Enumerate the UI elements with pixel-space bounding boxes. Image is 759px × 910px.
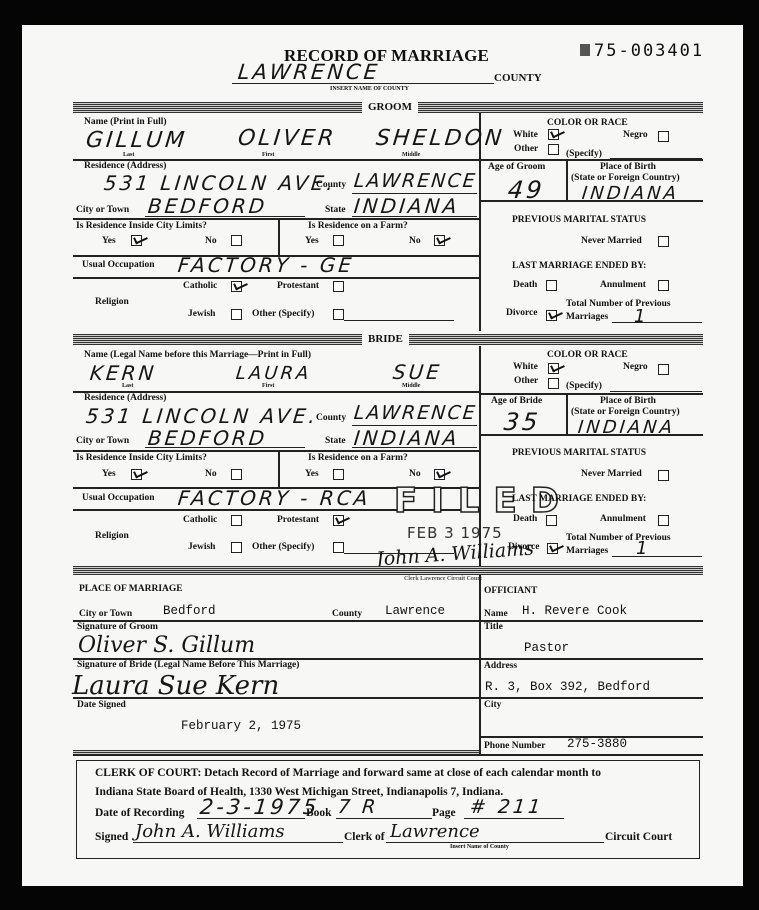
officiant-title-value: Pastor: [524, 641, 569, 655]
county-hint: INSERT NAME OF COUNTY: [330, 86, 409, 92]
groom-age-label: Age of Groom: [488, 162, 545, 172]
divorce-label: Divorce: [508, 542, 539, 552]
bride-race-title: COLOR OR RACE: [547, 350, 628, 360]
last-label: Last: [123, 152, 134, 158]
bride-county-label: County: [316, 413, 346, 423]
first-label: First: [262, 152, 274, 158]
groom-city-limits-yes-checkbox[interactable]: [131, 235, 142, 246]
death-label: Death: [513, 280, 537, 290]
bride-city-limits-no-checkbox[interactable]: [231, 469, 242, 480]
bride-county: LAWRENCE: [353, 402, 478, 424]
negro-label: Negro: [623, 130, 648, 140]
marriages-label: Marriages: [566, 546, 608, 556]
bride-age-label: Age of Bride: [491, 396, 542, 406]
bride-catholic-checkbox[interactable]: [231, 515, 242, 526]
death-label: Death: [513, 514, 537, 524]
bride-birth-label: Place of Birth: [600, 396, 656, 406]
groom-protestant-checkbox[interactable]: [333, 281, 344, 292]
place-county: Lawrence: [385, 604, 445, 618]
bride-name-label: Name (Legal Name before this Marriage—Pr…: [84, 350, 311, 360]
groom-first-name: OLIVER: [237, 126, 338, 151]
bride-previous-marriages: 1: [636, 538, 649, 559]
officiant-address: R. 3, Box 392, Bedford: [485, 680, 650, 694]
protestant-label: Protestant: [277, 281, 319, 291]
county-name: LAWRENCE: [237, 60, 381, 84]
officiant-name: H. Revere Cook: [522, 604, 627, 618]
officiant-phone: 275-3880: [567, 737, 627, 751]
protestant-label: Protestant: [277, 515, 319, 525]
filed-caption: Clerk Lawrence Circuit Court: [404, 576, 482, 582]
page-label: Page: [432, 807, 456, 819]
place-title: PLACE OF MARRIAGE: [79, 584, 183, 594]
groom-city-limits-label: Is Residence Inside City Limits?: [76, 221, 207, 231]
groom-occupation-label: Usual Occupation: [82, 260, 155, 270]
catholic-label: Catholic: [183, 281, 217, 291]
groom-residence-label: Residence (Address): [84, 161, 166, 171]
bride-residence-label: Residence (Address): [84, 393, 166, 403]
last-label: Last: [122, 383, 133, 389]
groom-farm-label: Is Residence on a Farm?: [308, 221, 408, 231]
officiant-phone-label: Phone Number: [484, 741, 546, 751]
place-county-label: County: [332, 609, 362, 619]
groom-occupation: FACTORY - GE: [177, 253, 356, 277]
groom-signature: Oliver S. Gillum: [78, 633, 255, 658]
bride-annulment-checkbox[interactable]: [658, 515, 669, 526]
specify-label: (Specify): [566, 149, 602, 159]
white-label: White: [513, 362, 538, 372]
groom-city-label: City or Town: [76, 205, 129, 215]
groom-name-label: Name (Print in Full): [84, 117, 167, 127]
groom-signature-label: Signature of Groom: [77, 622, 158, 632]
groom-marital-title: PREVIOUS MARITAL STATUS: [512, 215, 646, 225]
never-married-label: Never Married: [581, 469, 642, 479]
recording-date: 2-3-1975: [199, 795, 321, 819]
no-label: No: [205, 236, 217, 246]
filed-date: FEB 3 1975: [407, 524, 503, 542]
clerk-of-label: Clerk of: [344, 831, 385, 843]
middle-label: Middle: [402, 383, 420, 389]
record-number: 75-003401: [594, 41, 704, 61]
bride-city-limits-label: Is Residence Inside City Limits?: [76, 453, 207, 463]
book-number: 7 R: [337, 796, 380, 818]
groom-negro-checkbox[interactable]: [658, 131, 669, 142]
bride-other-religion-checkbox[interactable]: [333, 542, 344, 553]
other-religion-label: Other (Specify): [252, 542, 314, 552]
no-label: No: [205, 469, 217, 479]
first-label: First: [262, 383, 274, 389]
bride-city-label: City or Town: [76, 436, 129, 446]
county-suffix: COUNTY: [494, 72, 542, 84]
bride-section-label: BRIDE: [362, 333, 409, 345]
page-number: # 211: [469, 796, 545, 818]
officiant-city-label: City: [484, 700, 501, 710]
groom-birth-sub: (State or Foreign Country): [571, 173, 680, 183]
specify-label: (Specify): [566, 381, 602, 391]
date-signed: February 2, 1975: [181, 719, 301, 733]
officiant-name-label: Name: [484, 609, 508, 619]
officiant-title-label: Title: [484, 622, 503, 632]
bride-ended-title: LAST MARRIAGE ENDED BY:: [512, 494, 646, 504]
groom-farm-yes-checkbox[interactable]: [333, 235, 344, 246]
groom-section-label: GROOM: [362, 101, 418, 113]
bride-city-limits-yes-checkbox[interactable]: [131, 469, 142, 480]
groom-county-label: County: [316, 180, 346, 190]
officiant-address-label: Address: [484, 661, 517, 671]
jewish-label: Jewish: [188, 542, 215, 552]
jewish-label: Jewish: [188, 309, 215, 319]
groom-jewish-checkbox[interactable]: [231, 309, 242, 320]
bride-birth-sub: (State or Foreign Country): [571, 407, 680, 417]
total-previous-label: Total Number of Previous: [566, 533, 671, 543]
white-label: White: [513, 130, 538, 140]
other-race-label: Other: [514, 376, 538, 386]
groom-other-religion-checkbox[interactable]: [333, 309, 344, 320]
annulment-label: Annulment: [600, 280, 646, 290]
groom-middle-name: SHELDON: [375, 126, 506, 151]
groom-previous-marriages: 1: [634, 306, 647, 327]
place-city-label: City or Town: [79, 609, 132, 619]
groom-farm-no-checkbox[interactable]: [434, 235, 445, 246]
groom-city: BEDFORD: [147, 194, 269, 218]
circuit-court-label: Circuit Court: [605, 831, 672, 843]
bride-marital-title: PREVIOUS MARITAL STATUS: [512, 448, 646, 458]
annulment-label: Annulment: [600, 514, 646, 524]
book-label: Book: [306, 807, 332, 819]
groom-death-checkbox[interactable]: [546, 280, 557, 291]
groom-last-name: GILLUM: [85, 128, 189, 153]
record-stamp-icon: [580, 44, 590, 56]
bride-protestant-checkbox[interactable]: [333, 515, 344, 526]
no-label: No: [409, 236, 421, 246]
catholic-label: Catholic: [183, 515, 217, 525]
bride-white-checkbox[interactable]: [548, 363, 559, 374]
no-label: No: [409, 469, 421, 479]
groom-ended-title: LAST MARRIAGE ENDED BY:: [512, 261, 646, 271]
groom-religion-label: Religion: [95, 297, 129, 307]
groom-city-limits-no-checkbox[interactable]: [231, 235, 242, 246]
total-previous-label: Total Number of Previous: [566, 299, 671, 309]
groom-birth-label: Place of Birth: [600, 162, 656, 172]
groom-never-married-checkbox[interactable]: [658, 236, 669, 247]
bride-religion-label: Religion: [95, 531, 129, 541]
officiant-title: OFFICIANT: [484, 586, 537, 596]
groom-county: LAWRENCE: [353, 170, 478, 192]
bride-occupation-label: Usual Occupation: [82, 493, 155, 503]
clerk-instruction-line1: CLERK OF COURT: Detach Record of Marriag…: [95, 767, 601, 779]
bride-farm-yes-checkbox[interactable]: [333, 469, 344, 480]
place-city: Bedford: [163, 604, 216, 618]
negro-label: Negro: [623, 362, 648, 372]
groom-annulment-checkbox[interactable]: [658, 280, 669, 291]
bride-other-race-checkbox[interactable]: [548, 378, 559, 389]
clerk-signature: John A. Williams: [135, 821, 285, 842]
clerk-county: Lawrence: [390, 821, 480, 842]
other-religion-label: Other (Specify): [252, 309, 314, 319]
groom-state-label: State: [325, 205, 346, 215]
groom-address: 531 LINCOLN AVE.: [103, 171, 338, 195]
yes-label: Yes: [305, 469, 319, 479]
bride-never-married-checkbox[interactable]: [658, 470, 669, 481]
groom-state: INDIANA: [353, 194, 461, 218]
bride-age: 35: [503, 408, 542, 436]
signed-label: Signed: [95, 831, 128, 843]
divorce-label: Divorce: [506, 308, 537, 318]
marriages-label: Marriages: [566, 312, 608, 322]
yes-label: Yes: [102, 469, 116, 479]
bride-last-name: KERN: [89, 361, 158, 385]
bride-address: 531 LINCOLN AVE.: [85, 404, 320, 428]
middle-label: Middle: [402, 152, 420, 158]
bride-negro-checkbox[interactable]: [658, 364, 669, 375]
bride-middle-name: SUE: [392, 360, 444, 384]
never-married-label: Never Married: [581, 236, 642, 246]
bride-signature-label: Signature of Bride (Legal Name Before Th…: [77, 660, 299, 670]
date-signed-label: Date Signed: [77, 700, 126, 710]
bride-farm-label: Is Residence on a Farm?: [308, 453, 408, 463]
groom-white-checkbox[interactable]: [548, 129, 559, 140]
bride-farm-no-checkbox[interactable]: [434, 469, 445, 480]
yes-label: Yes: [305, 236, 319, 246]
bride-death-checkbox[interactable]: [546, 515, 557, 526]
groom-other-race-checkbox[interactable]: [548, 144, 559, 155]
groom-divorce-checkbox[interactable]: [546, 310, 557, 321]
bride-jewish-checkbox[interactable]: [231, 542, 242, 553]
bride-occupation: FACTORY - RCA: [177, 486, 372, 510]
recording-date-label: Date of Recording: [95, 807, 184, 819]
clerk-county-hint: Insert Name of County: [450, 844, 509, 850]
bride-divorce-checkbox[interactable]: [547, 543, 558, 554]
yes-label: Yes: [102, 236, 116, 246]
bride-state-label: State: [325, 436, 346, 446]
groom-catholic-checkbox[interactable]: [231, 281, 242, 292]
other-race-label: Other: [514, 144, 538, 154]
bride-first-name: LAURA: [235, 363, 313, 384]
